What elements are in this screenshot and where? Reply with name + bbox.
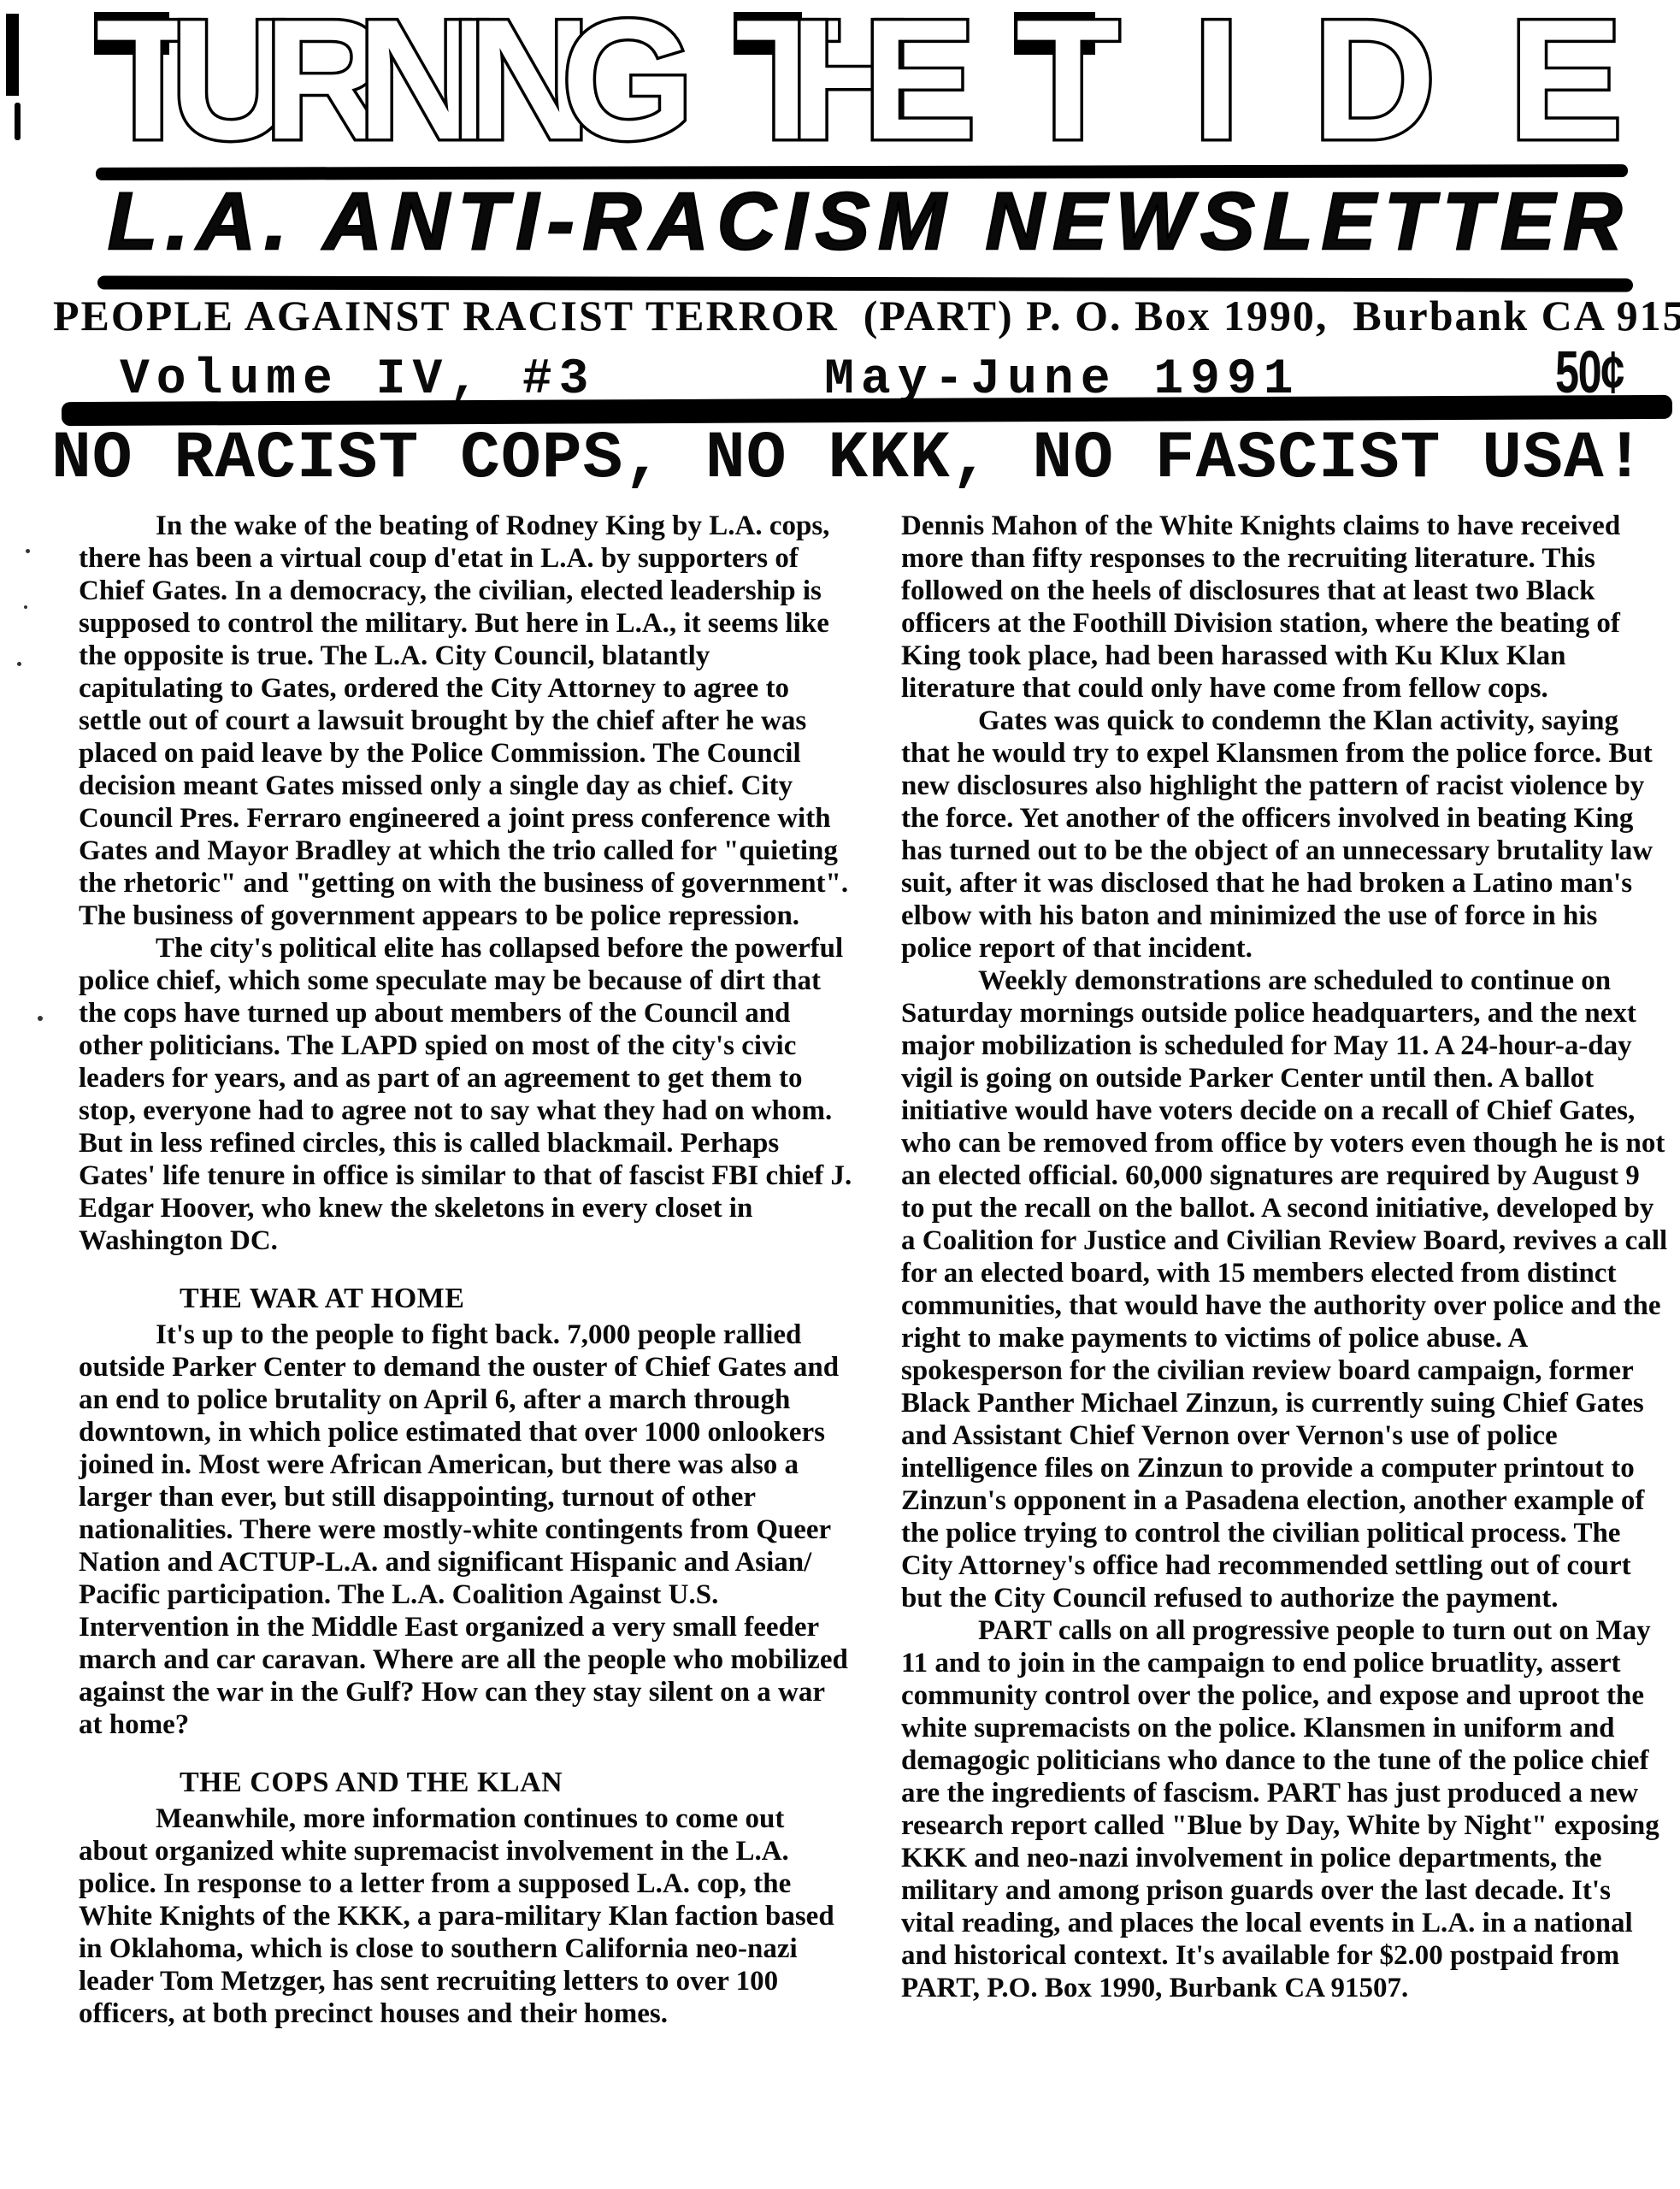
newsletter-page: TURNING THE TIDE L.A. ANTI-RACISM NEWSLE…	[0, 0, 1680, 2189]
masthead-divider-bottom	[97, 275, 1633, 292]
body-paragraph: In the wake of the beating of Rodney Kin…	[79, 510, 855, 932]
section-heading-cops-and-klan: THE COPS AND THE KLAN	[180, 1767, 855, 1799]
body-paragraph: Dennis Mahon of the White Knights claims…	[901, 510, 1669, 705]
scan-speck	[38, 1016, 43, 1021]
org-address-line: PEOPLE AGAINST RACIST TERROR (PART) P. O…	[53, 294, 1680, 337]
masthead-title-word: TIDE	[1016, 7, 1623, 150]
scan-speck	[17, 662, 21, 666]
body-paragraph: Meanwhile, more information continues to…	[79, 1803, 855, 2030]
section-heading-war-at-home: THE WAR AT HOME	[180, 1283, 855, 1315]
body-paragraph: It's up to the people to fight back. 7,0…	[79, 1319, 855, 1741]
article-columns: In the wake of the beating of Rodney Kin…	[79, 510, 1669, 2030]
masthead: TURNING THE TIDE	[92, 7, 1626, 150]
masthead-word-turning: TURNING	[92, 7, 699, 150]
price-label: 50¢	[1555, 342, 1624, 402]
scan-artifact-mark	[15, 103, 21, 140]
masthead-word-the: THE	[732, 7, 980, 150]
body-paragraph: PART calls on all progressive people to …	[901, 1614, 1669, 2004]
left-column: In the wake of the beating of Rodney Kin…	[79, 510, 855, 2030]
scan-artifact-bar	[6, 14, 19, 96]
masthead-title-word: TURNING	[96, 7, 694, 150]
body-paragraph: The city's political elite has collapsed…	[79, 932, 855, 1257]
scan-speck	[24, 605, 27, 609]
masthead-title-word: THE	[735, 7, 976, 150]
masthead-word-tide: TIDE	[1012, 7, 1626, 150]
scan-speck	[26, 549, 30, 553]
newsletter-subtitle: L.A. ANTI-RACISM NEWSLETTER	[108, 181, 1630, 263]
volume-label: Volume IV, #3	[120, 356, 595, 405]
headline: NO RACIST COPS, NO KKK, NO FASCIST USA!	[51, 426, 1646, 493]
body-paragraph: Gates was quick to condemn the Klan acti…	[901, 705, 1669, 965]
body-paragraph: Weekly demonstrations are scheduled to c…	[901, 965, 1669, 1614]
right-column: Dennis Mahon of the White Knights claims…	[901, 510, 1669, 2004]
